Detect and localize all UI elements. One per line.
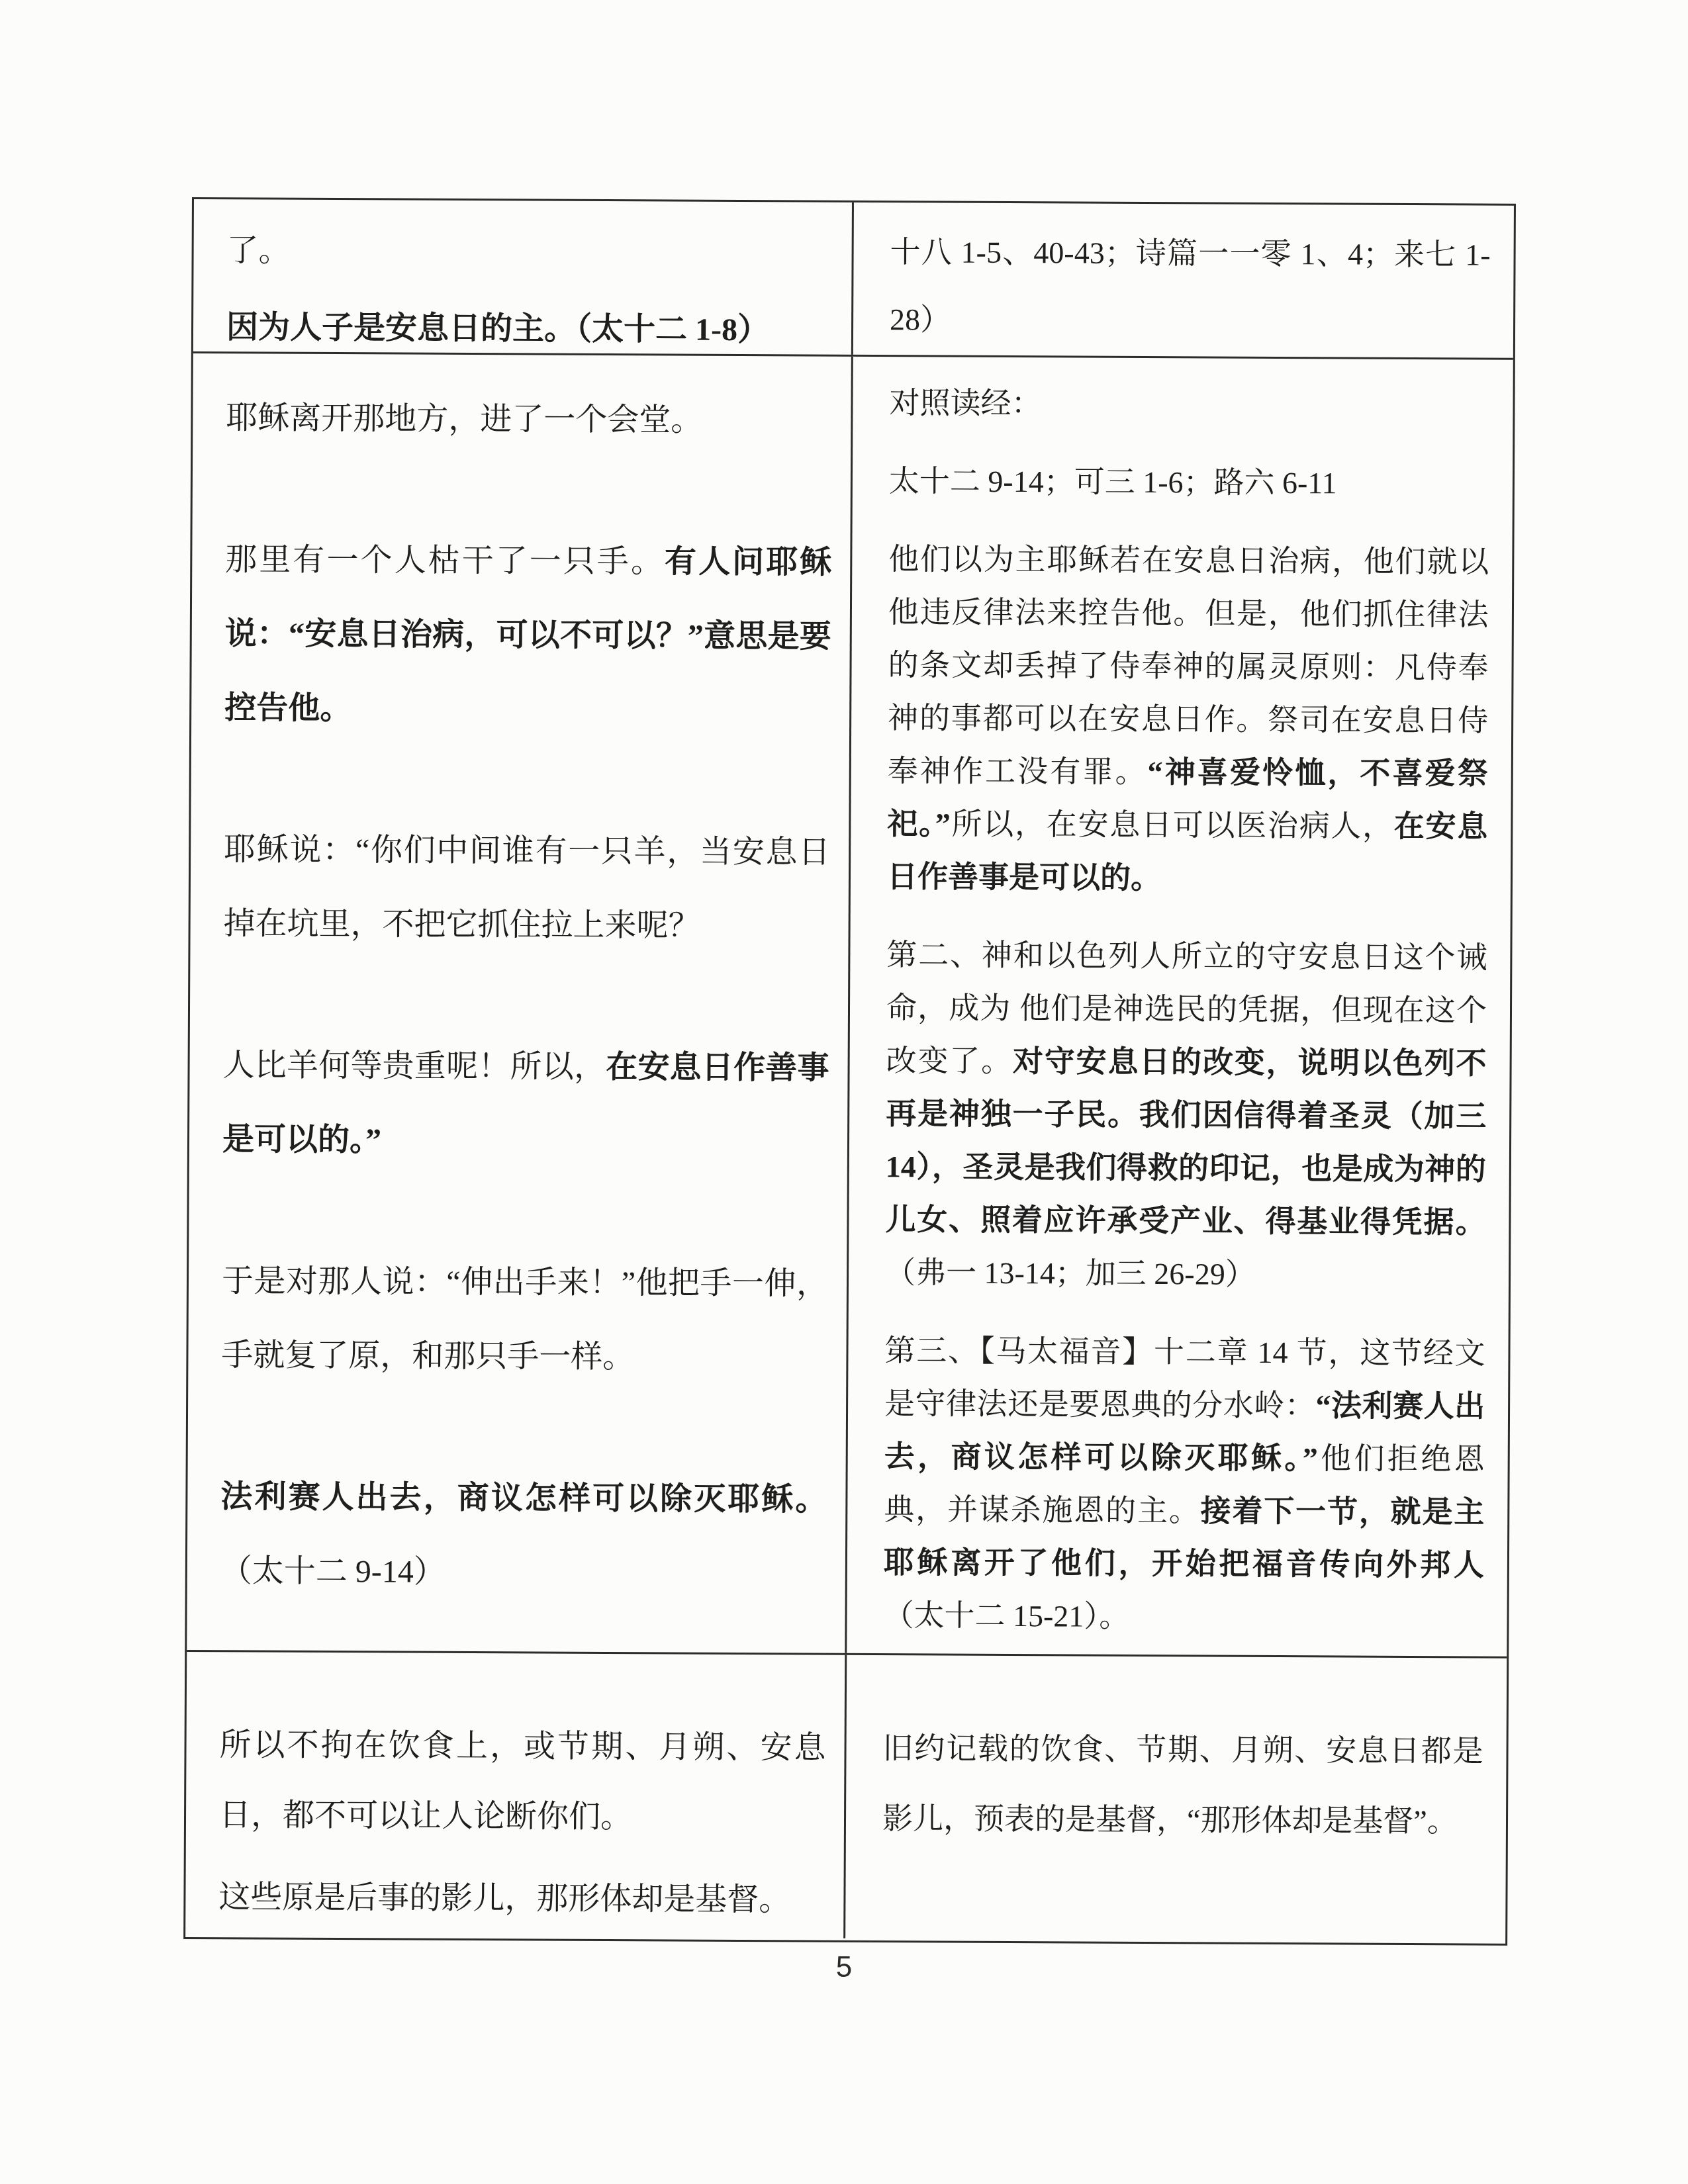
text-segment-bold: 因为人子是安息日的主。（太十二 1-8） <box>226 310 769 347</box>
cell-commentary-row1: 十八 1-5、40-43；诗篇一一零 1、4；来七 1-28） <box>853 203 1514 358</box>
paragraph: 耶稣离开那地方，进了一个会堂。 <box>226 381 833 458</box>
text-segment: 那里有一个人枯干了一只手。 <box>225 542 665 579</box>
page-number: 5 <box>0 1951 1688 1984</box>
paragraph: 对照读经： <box>889 377 1489 432</box>
paragraph: 了。 <box>226 219 833 285</box>
text-segment: 耶稣说：“你们中间谁有一只羊，当安息日掉在坑里，不把它抓住拉上来呢？ <box>224 832 831 944</box>
paragraph: 太十二 9-14；可三 1-6；路六 6-11 <box>889 455 1489 510</box>
text-segment: （太十二 9-14） <box>220 1553 445 1590</box>
paragraph: 所以不拘在饮食上，或节期、月朔、安息日，都不可以让人论断你们。 <box>219 1710 826 1853</box>
paragraph: 他们以为主耶稣若在安息日治病，他们就以他违反律法来控告他。但是，他们抓住律法的条… <box>887 533 1489 906</box>
table-row-2: 耶稣离开那地方，进了一个会堂。 那里有一个人枯干了一只手。有人问耶稣说：“安息日… <box>187 353 1513 1659</box>
paragraph: 于是对那人说：“伸出手来！”他把手一伸，手就复了原，和那只手一样。 <box>221 1244 828 1395</box>
text-segment: 对照读经： <box>889 386 1041 420</box>
cell-scripture-row3: 所以不拘在饮食上，或节期、月朔、安息日，都不可以让人论断你们。 这些原是后事的影… <box>185 1652 847 1938</box>
cell-scripture-row2: 耶稣离开那地方，进了一个会堂。 那里有一个人枯干了一只手。有人问耶稣说：“安息日… <box>187 353 853 1653</box>
paragraph: 这些原是后事的影儿，那形体却是基督。 <box>218 1862 825 1935</box>
cell-scripture-row1: 了。 因为人子是安息日的主。（太十二 1-8） <box>193 199 854 355</box>
bible-study-table: 了。 因为人子是安息日的主。（太十二 1-8） 十八 1-5、40-43；诗篇一… <box>183 197 1516 1946</box>
cell-commentary-row3: 旧约记载的饮食、节期、月朔、安息日都是影儿，预表的是基督，“那形体却是基督”。 <box>845 1655 1507 1942</box>
cell-commentary-row2: 对照读经： 太十二 9-14；可三 1-6；路六 6-11 他们以为主耶稣若在安… <box>847 357 1513 1657</box>
text-segment: 旧约记载的饮食、节期、月朔、安息日都是影儿，预表的是基督，“那形体却是基督”。 <box>882 1731 1483 1838</box>
text-segment: 了。 <box>226 233 290 268</box>
scanned-document-page: 了。 因为人子是安息日的主。（太十二 1-8） 十八 1-5、40-43；诗篇一… <box>0 0 1688 2184</box>
paragraph: 因为人子是安息日的主。（太十二 1-8） <box>226 296 833 355</box>
text-segment: 所以不拘在饮食上，或节期、月朔、安息日，都不可以让人论断你们。 <box>219 1727 826 1835</box>
paragraph: 旧约记载的饮食、节期、月朔、安息日都是影儿，预表的是基督，“那形体却是基督”。 <box>882 1713 1483 1856</box>
text-segment: 这些原是后事的影儿，那形体却是基督。 <box>218 1880 790 1917</box>
table-row-1: 了。 因为人子是安息日的主。（太十二 1-8） 十八 1-5、40-43；诗篇一… <box>193 199 1514 360</box>
paragraph: 第三、【马太福音】十二章 14 节，这节经文是守律法还是要恩典的分水岭：“法利赛… <box>883 1324 1485 1645</box>
text-segment: 太十二 9-14；可三 1-6；路六 6-11 <box>889 464 1337 500</box>
text-segment: （太十二 15-21）。 <box>883 1598 1129 1633</box>
paragraph: 第二、神和以色列人所立的守安息日这个诫命，成为 他们是神选民的凭据，但现在这个改… <box>885 929 1487 1302</box>
paragraph: 耶稣说：“你们中间谁有一只羊，当安息日掉在坑里，不把它抓住拉上来呢？ <box>223 813 830 964</box>
text-segment: 耶稣离开那地方，进了一个会堂。 <box>226 400 702 438</box>
text-segment: 十八 1-5、40-43；诗篇一一零 1、4；来七 1-28） <box>890 235 1491 336</box>
text-segment: 所以，在安息日可以医治病人， <box>951 807 1394 843</box>
paragraph: 十八 1-5、40-43；诗篇一一零 1、4；来七 1-28） <box>890 218 1491 356</box>
paragraph: 那里有一个人枯干了一只手。有人问耶稣说：“安息日治病，可以不可以？”意思是要控告… <box>224 523 832 748</box>
text-segment: 他们以为主耶稣若在安息日治病，他们就以他违反律法来控告他。但是，他们抓住律法的条… <box>888 542 1489 789</box>
text-segment: 人比羊何等贵重呢！所以， <box>222 1048 606 1085</box>
paragraph: 人比羊何等贵重呢！所以，在安息日作善事是可以的。” <box>222 1028 829 1179</box>
table-row-3: 所以不拘在饮食上，或节期、月朔、安息日，都不可以让人论断你们。 这些原是后事的影… <box>185 1652 1507 1942</box>
text-segment: 于是对那人说：“伸出手来！”他把手一伸，手就复了原，和那只手一样。 <box>221 1263 828 1375</box>
text-segment-bold: 法利赛人出去，商议怎样可以除灭耶稣。 <box>220 1479 827 1517</box>
text-segment: （弗一 13-14；加三 26-29） <box>885 1255 1256 1291</box>
paragraph: 法利赛人出去，商议怎样可以除灭耶稣。（太十二 9-14） <box>220 1460 827 1611</box>
